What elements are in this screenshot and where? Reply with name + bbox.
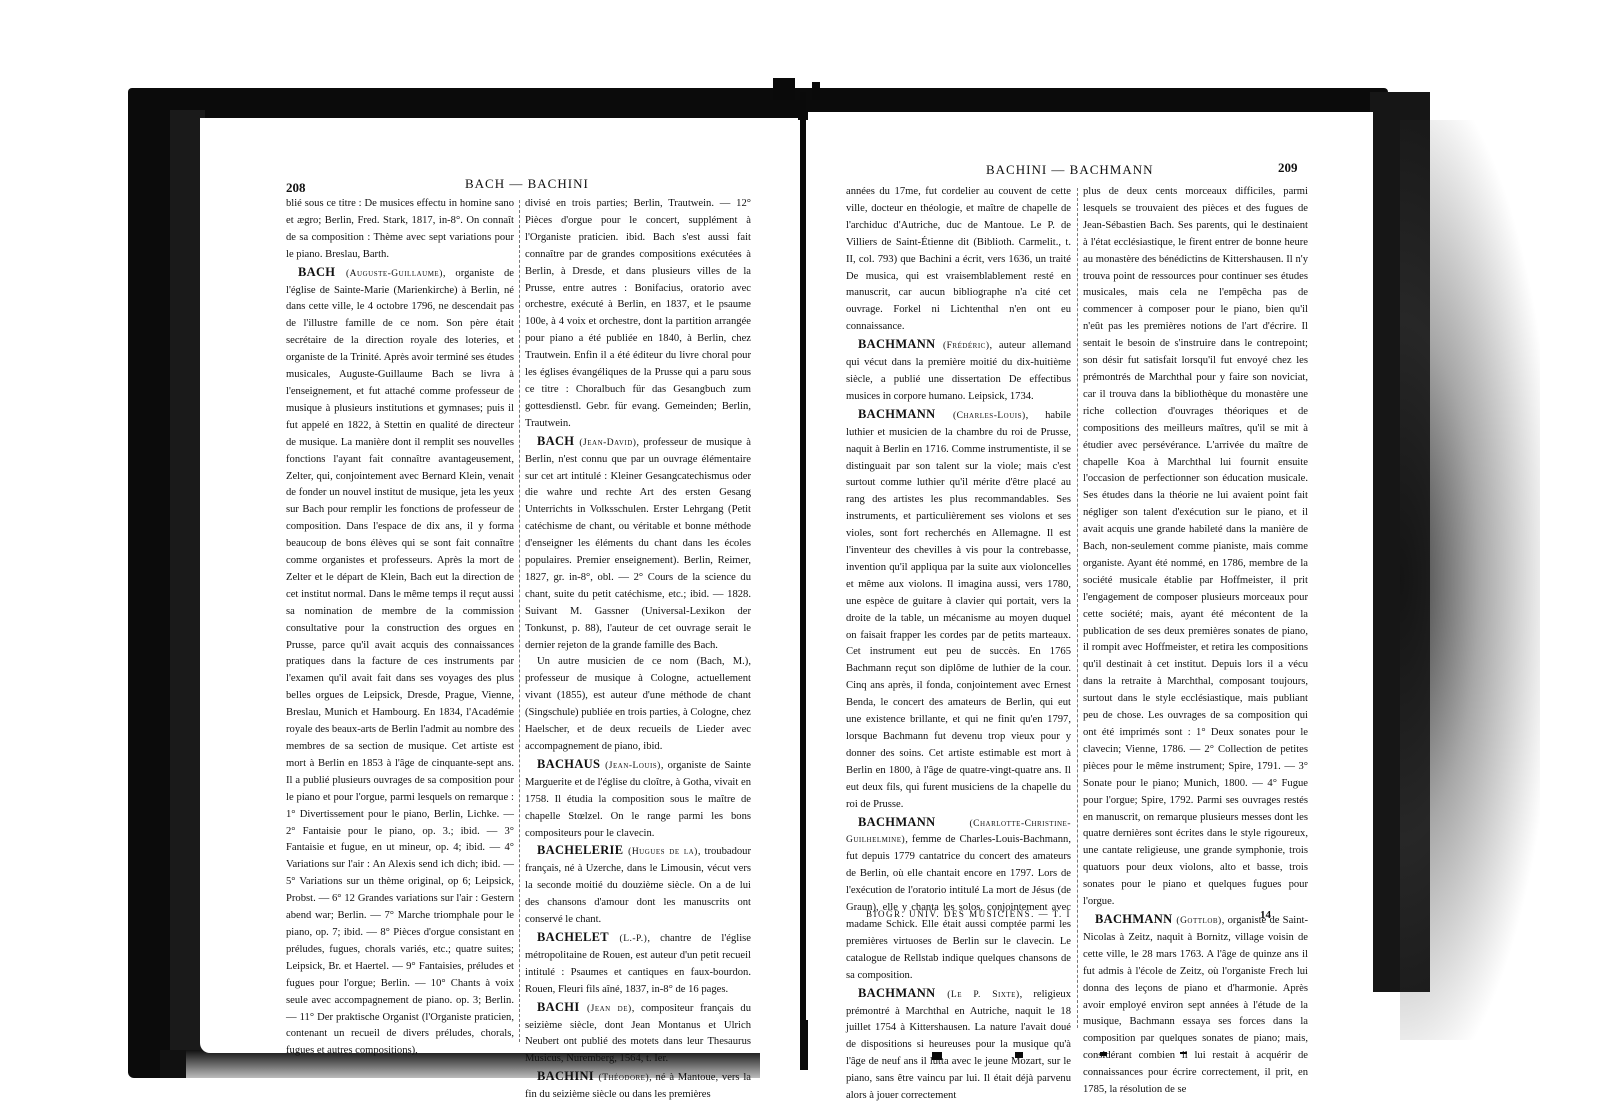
entry-text: , troubadour français, né à Uzerche, dan… (525, 846, 751, 925)
entry-text: , femme de Charles-Louis-Bachmann, fut d… (846, 834, 1071, 980)
entry-headword: BACHELERIE (537, 843, 628, 857)
column-divider (1077, 188, 1078, 1028)
book-spine (800, 92, 806, 1052)
right-page: BACHINI — BACHMANN 209 années du 17me, f… (808, 112, 1373, 1052)
entry-qualifier: (Hugues de la) (628, 847, 698, 857)
scan-border-right-shadow (1400, 120, 1540, 1040)
entry-text: , professeur de musique à Berlin, n'est … (525, 437, 751, 651)
dictionary-entry: BACHMANN (Gottlob), organiste de Saint-N… (1083, 911, 1308, 1099)
left-page-column-2: divisé en trois parties; Berlin, Trautwe… (525, 196, 751, 1104)
entry-headword: BACHI (537, 1000, 587, 1014)
entry-headword: BACHMANN (858, 407, 953, 421)
entry-text: , organiste de l'église de Sainte-Marie … (286, 268, 514, 1057)
right-page-column-2: plus de deux cents morceaux difficiles, … (1083, 184, 1308, 1099)
dictionary-entry: BACHMANN (Le P. Sixte), religieux prémon… (846, 985, 1071, 1105)
entry-headword: BACHINI (537, 1069, 599, 1083)
entry-headword: BACHELET (537, 930, 620, 944)
entry-qualifier: (Frédéric) (943, 341, 990, 351)
left-page-column-1: blié sous ce titre : De musices effectu … (286, 196, 514, 1060)
entry-text: , organiste de Saint-Nicolas à Zeitz, na… (1083, 915, 1308, 1095)
dictionary-entry: BACHELET (L.-P.), chantre de l'église mé… (525, 929, 751, 999)
dictionary-entry: BACHMANN (Charlotte-Christine-Guilhelmin… (846, 814, 1071, 985)
running-head-right: BACHINI — BACHMANN (986, 162, 1154, 178)
entry-text: plus de deux cents morceaux difficiles, … (1083, 186, 1308, 907)
dictionary-entry: BACHMANN (Frédéric), auteur allemand qui… (846, 336, 1071, 406)
dictionary-entry: BACHMANN (Charles-Louis), habile luthier… (846, 406, 1071, 814)
paragraph: Un autre musicien de ce nom (Bach, M.), … (525, 654, 751, 755)
entry-text: divisé en trois parties; Berlin, Trautwe… (525, 198, 751, 429)
entry-headword: BACHMANN (858, 815, 970, 829)
paragraph: blié sous ce titre : De musices effectu … (286, 196, 514, 264)
spine-mark (812, 82, 820, 100)
dictionary-entry: BACHAUS (Jean-Louis), organiste de Saint… (525, 756, 751, 843)
entry-text: blié sous ce titre : De musices effectu … (286, 198, 514, 260)
entry-headword: BACHAUS (537, 757, 605, 771)
entry-text: , habile luthier et musicien de la chamb… (846, 410, 1071, 810)
entry-qualifier: (Théodore) (599, 1073, 650, 1083)
entry-qualifier: (Auguste-Guillaume) (346, 269, 443, 279)
entry-headword: BACHMANN (858, 337, 943, 351)
entry-qualifier: (Charles-Louis) (953, 411, 1026, 421)
entry-text: années du 17me, fut cordelier au couvent… (846, 186, 1071, 332)
entry-text: Un autre musicien de ce nom (Bach, M.), … (525, 656, 751, 752)
entry-headword: BACH (537, 434, 579, 448)
entry-qualifier: (Jean-Louis) (605, 761, 661, 771)
running-head-left: BACH — BACHINI (465, 176, 589, 192)
dictionary-entry: BACH (Auguste-Guillaume), organiste de l… (286, 264, 514, 1061)
right-page-column-1: années du 17me, fut cordelier au couvent… (846, 184, 1071, 1105)
left-page: 208 BACH — BACHINI blié sous ce titre : … (200, 118, 798, 1053)
paragraph: années du 17me, fut cordelier au couvent… (846, 184, 1071, 336)
spine-mark (773, 78, 795, 100)
entry-text: , religieux prémontré à Marchthal en Aut… (846, 989, 1071, 1101)
dictionary-entry: BACHINI (Théodore), né à Mantoue, vers l… (525, 1068, 751, 1104)
entry-qualifier: (Le P. Sixte) (947, 990, 1019, 1000)
paragraph: plus de deux cents morceaux difficiles, … (1083, 184, 1308, 911)
signature-number: 14 (1260, 909, 1271, 921)
page-number-left: 208 (286, 180, 306, 196)
entry-text: , organiste de Sainte Marguerite et de l… (525, 760, 751, 839)
dictionary-entry: BACHELERIE (Hugues de la), troubadour fr… (525, 842, 751, 929)
entry-qualifier: (Jean-David) (579, 438, 636, 448)
entry-headword: BACHMANN (858, 986, 947, 1000)
entry-qualifier: (Jean de) (587, 1004, 632, 1014)
entry-headword: BACHMANN (1095, 912, 1176, 926)
dictionary-entry: BACHI (Jean de), compositeur français du… (525, 999, 751, 1069)
entry-qualifier: (L.-P.) (620, 934, 648, 944)
entry-headword: BACH (298, 265, 346, 279)
scan-artifact (800, 1020, 808, 1070)
dictionary-entry: BACH (Jean-David), professeur de musique… (525, 433, 751, 655)
paragraph: divisé en trois parties; Berlin, Trautwe… (525, 196, 751, 433)
column-divider (519, 200, 520, 1042)
page-number-right: 209 (1278, 160, 1298, 176)
printer-signature: BIOGR. UNIV. DES MUSICIENS. — T. I (866, 909, 1071, 919)
entry-qualifier: (Gottlob) (1176, 916, 1221, 926)
